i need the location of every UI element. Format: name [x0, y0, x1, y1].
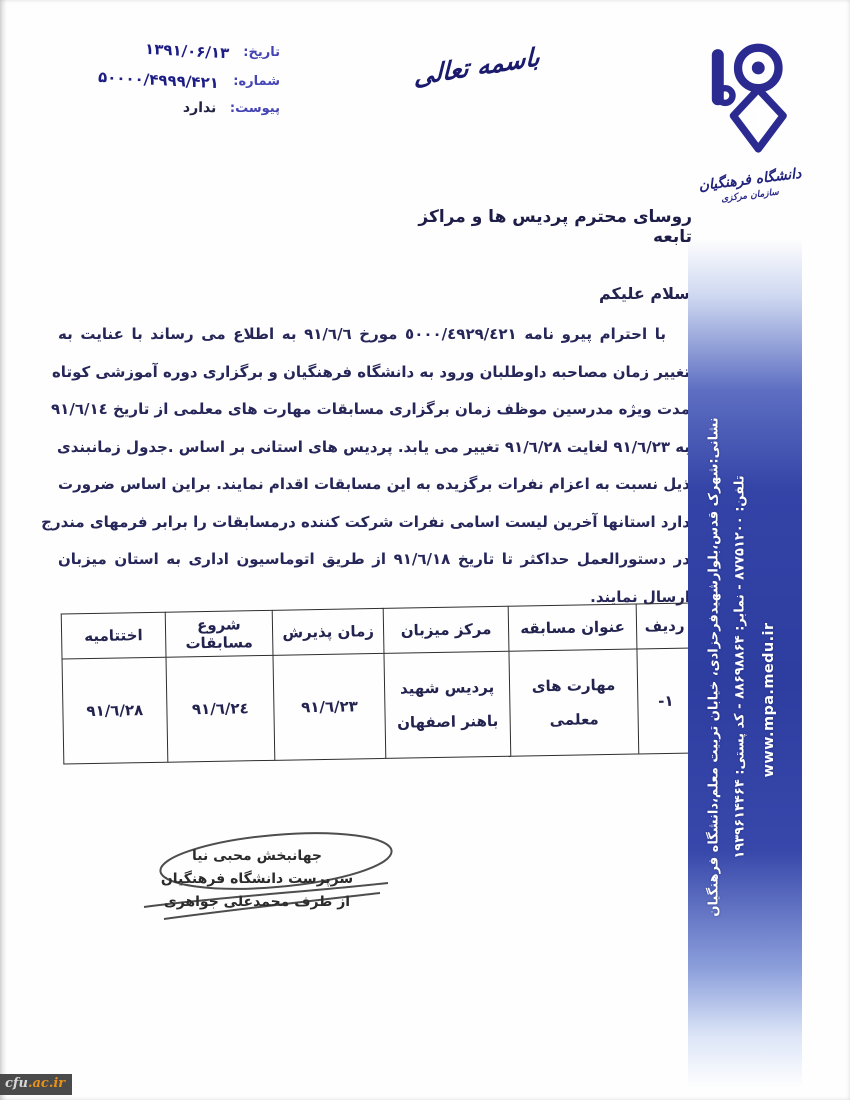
university-logo: دانشگاه فرهنگیان سازمان مرکزی [694, 38, 806, 201]
signature-block: جهانبخش محبی نیا سرپرست دانشگاه فرهنگیان… [152, 845, 362, 914]
number-label: شماره: [233, 74, 280, 89]
signatory-on-behalf: از طرف محمدعلی جواهری [152, 891, 362, 914]
meta-number-row: شماره: ۵۰۰۰۰/۴۹۹۹/۴۲۱ [40, 71, 280, 89]
attachment-value: ندارد [182, 100, 216, 117]
besmellah-calligraphy: باسمه تعالی [403, 40, 552, 93]
attachment-label: پیوست: [230, 101, 280, 116]
signatory-title: سرپرست دانشگاه فرهنگیان [152, 868, 362, 891]
host-center-cell: پردیس شهید باهنر اصفهان [384, 651, 511, 758]
body-line: مدت ویژه مدرسین موظف زمان برگزاری مسابقا… [58, 391, 690, 429]
watermark-badge: cfu.ac.ir [0, 1074, 72, 1095]
table-row: ۱- مهارت های معلمی پردیس شهید باهنر اصفه… [62, 648, 695, 764]
letter-meta: تاریخ: ۱۳۹۱/۰۶/۱۳ شماره: ۵۰۰۰۰/۴۹۹۹/۴۲۱ … [40, 42, 280, 127]
signatory-name: جهانبخش محبی نیا [152, 845, 362, 868]
col-host-header: مرکز میزبان [383, 606, 509, 653]
check-in-date-cell: ٩١/٦/٢٣ [273, 653, 386, 760]
col-event-header: عنوان مسابقه [508, 604, 637, 651]
sidebar-address: نشانی:شهرک قدس،بلوارشهیدفرحزادی، خیابان … [707, 417, 722, 916]
row-number-cell: ۱- [637, 648, 695, 754]
date-value: ۱۳۹۱/۰۶/۱۳ [145, 40, 230, 62]
body-line: تغییر زمان مصاحبه داوطلبان ورود به دانشگ… [58, 354, 690, 392]
sidebar-website: www.mpa.medu.ir [761, 623, 777, 778]
addressee-line: روسای محترم پردیس ها و مراکز تابعه [382, 207, 692, 247]
scanned-letter-page: تاریخ: ۱۳۹۱/۰۶/۱۳ شماره: ۵۰۰۰۰/۴۹۹۹/۴۲۱ … [0, 0, 850, 1100]
col-start-header: شروع مسابقات [165, 610, 273, 657]
meta-date-row: تاریخ: ۱۳۹۱/۰۶/۱۳ [40, 42, 280, 60]
start-date-cell: ٩١/٦/٢٤ [166, 655, 275, 762]
col-closing-header: اختتامیه [61, 612, 166, 659]
closing-date-cell: ٩١/٦/٢٨ [62, 657, 168, 764]
body-line: با احترام پیرو نامه ٥٠٠٠/٤٩٢٩/٤٢١ مورخ ٩… [58, 316, 690, 354]
body-line: در دستورالعمل حداکثر تا تاریخ ٩١/٦/١٨ از… [58, 541, 690, 579]
body-line: دارد استانها آخرین لیست اسامی نفرات شرکت… [58, 504, 690, 542]
watermark-prefix: cfu [5, 1076, 28, 1091]
body-line: به ٩١/٦/٢٣ لغایت ٩١/٦/٢٨ تغییر می یابد. … [58, 429, 690, 467]
col-row-header: ردیف [636, 603, 693, 649]
sidebar-contact: تلفن: ۸۷۷۵۱۲۰۰ - نمابر: ۸۸۶۹۸۸۶۴ - کد پس… [733, 475, 748, 858]
schedule-table: ردیف عنوان مسابقه مرکز میزبان زمان پذیرش… [61, 602, 696, 764]
col-checkin-header: زمان پذیرش [272, 608, 384, 655]
event-title-cell: مهارت های معلمی [509, 649, 639, 756]
number-value: ۵۰۰۰۰/۴۹۹۹/۴۲۱ [98, 68, 220, 92]
watermark-suffix: .ac.ir [28, 1076, 65, 1091]
letter-body: با احترام پیرو نامه ٥٠٠٠/٤٩٢٩/٤٢١ مورخ ٩… [58, 316, 690, 616]
salutation-line: سلام علیکم [599, 284, 690, 303]
page-edge-shadow [0, 0, 7, 1100]
date-label: تاریخ: [243, 45, 280, 60]
meta-attachment-row: پیوست: ندارد [40, 100, 280, 116]
body-line: ذیل نسبت به اعزام نفرات برگزیده به این م… [58, 466, 690, 504]
